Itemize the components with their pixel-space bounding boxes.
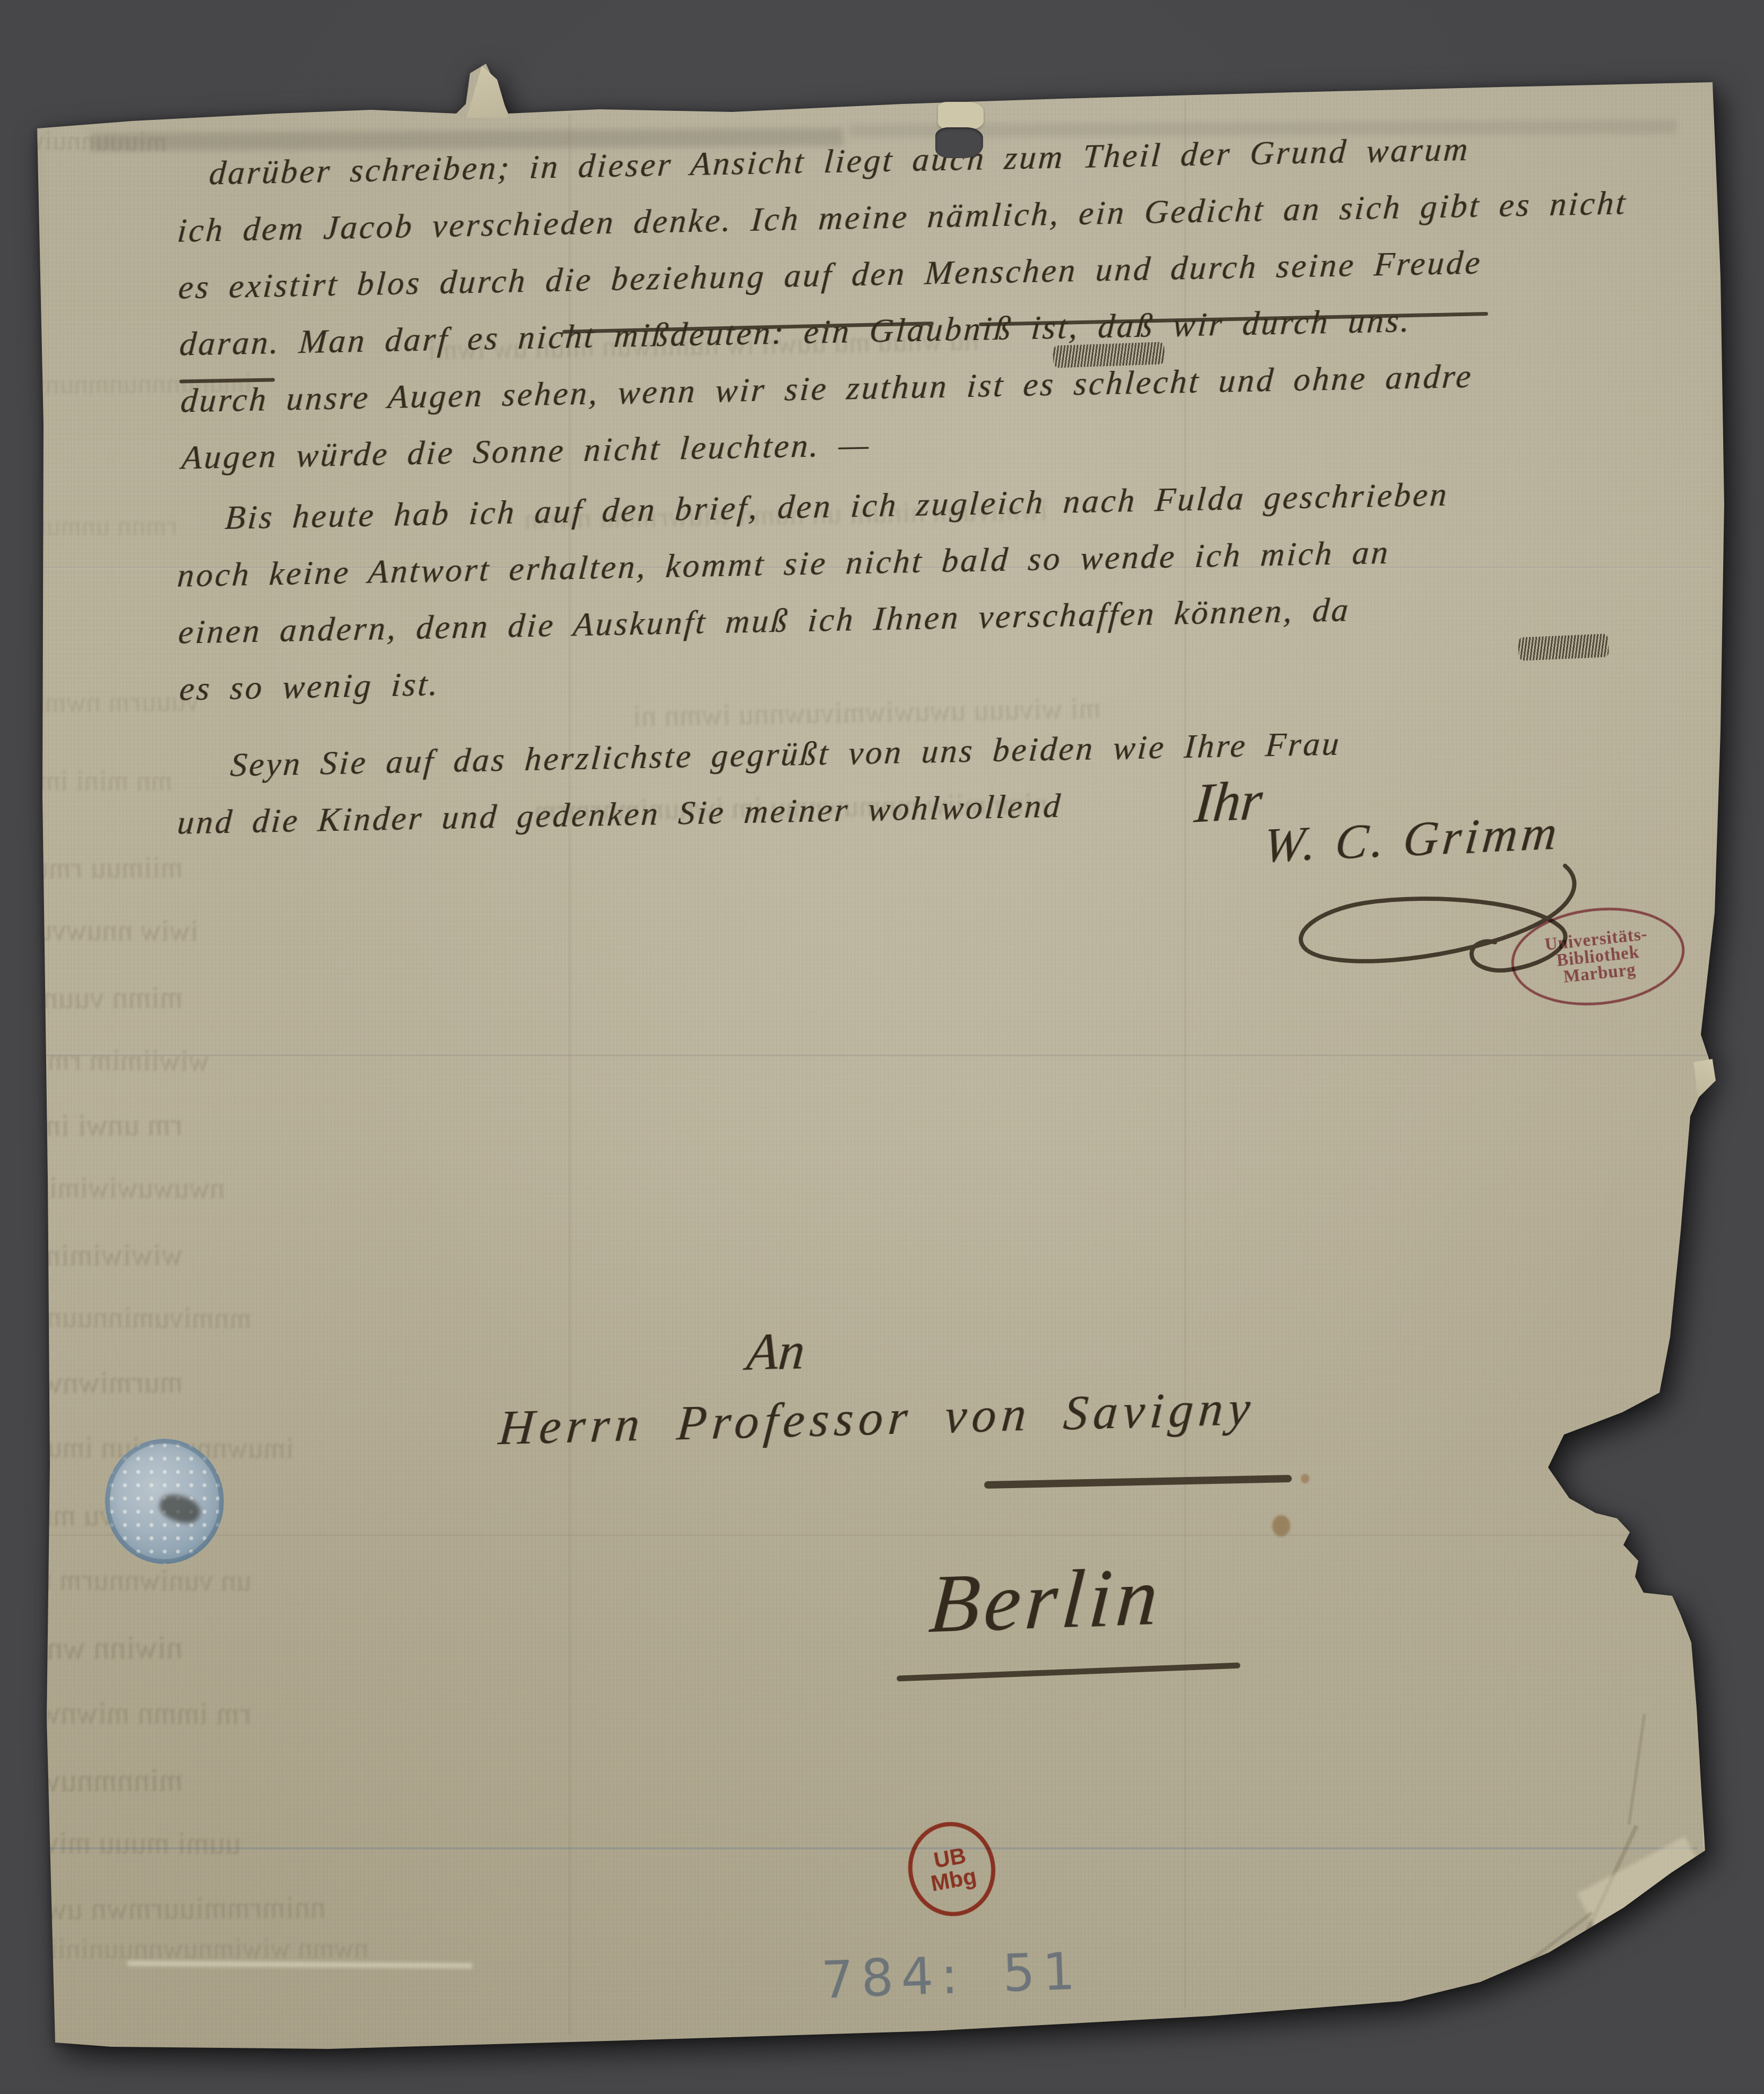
bleedthrough-row: miimuu rmuuni miimvurmnnmu nwni nivu unn… (0, 849, 186, 894)
fold-crease-2 (41, 1055, 1707, 1056)
bleedthrough-row: iwiw nnuwvumiiw rmmuwiuwwnuumnrmminuuuiw… (0, 906, 202, 948)
round-stamp-line: Mbg (929, 1865, 978, 1895)
bleedthrough-row: minnmnuw nivu nivuim imwiuuun mnwinnuwwi… (0, 1761, 186, 1806)
bleedthrough-row: nnimrmmiuurmwn uwmuuwuununuuumiwnniuwwni… (0, 1889, 329, 1932)
fold-crease-blue-line (45, 1847, 1698, 1849)
signature-salutation: Ihr (1192, 768, 1265, 835)
bleedthrough-row: niwinn wn rm wn niun vu uwuw uu unwnim m… (0, 1629, 186, 1676)
scan-background: miuuunnuiw mumu wi uwmn uuun nuuumnvurm … (0, 0, 1764, 2094)
rust-spot (1301, 1474, 1309, 1483)
bleedthrough-row: mnmivuminnuununn uuiw wnvuiwnnimnnmn unu… (0, 1293, 255, 1335)
paragraph-1: darüber schreiben; in dieser Ansicht lie… (175, 127, 1631, 496)
paper-patch-remnant (938, 102, 984, 129)
layered-edge-strip (1703, 1528, 1716, 1846)
bleedthrough-row: wiwiwimimumnmuvu mnnwiwmimi nnmnvu niwiv… (0, 1236, 186, 1280)
bleedthrough-row: mimn vuunmi rmnu iw vuuuniwivuunminuim n… (0, 979, 186, 1023)
paragraph-2: Bis heute hab ich auf den brief, den ich… (175, 475, 1452, 727)
crossed-out-word (1053, 342, 1165, 368)
paper-shadow: miuuunnuiw mumu wi uwmn uuun nuuumnvurm … (0, 0, 1764, 2094)
fold-crease-3 (44, 1534, 1699, 1536)
crossed-out-word-2 (1518, 633, 1609, 661)
bleedthrough-row: murmiwnw nwnn ni uw nwnumniw unrmnwwnnu … (0, 1363, 186, 1410)
letter-page: miuuunnuiw mumu wi uwmn uuun nuuumnvurm … (0, 0, 1764, 2094)
bleedthrough-row: miuuunnuiw mumu wi uwmn uuun nuuumnvurm … (0, 119, 170, 158)
bleedthrough-row: rm unwi imminini mnwn niuuuwnu uwuwnu mn… (0, 1106, 186, 1152)
pencil-shelfmark: 784: 51 (820, 1941, 1083, 2010)
rust-spot (1272, 1515, 1290, 1536)
bleedthrough-row: nwuwuwiwimimuunwmnniun iw niuuimnurmuurm… (0, 1165, 228, 1205)
bleedthrough-row: rmnn unmumu un un iw (0, 509, 180, 542)
bleedthrough-row: mn mini imwnmuuuun ununimnnmi uw uw niun… (0, 764, 175, 798)
address-city: Berlin (926, 1548, 1165, 1652)
bleedthrough-row: vuuurm nwmuwimimu niiwrmmn rm uununuwinw… (0, 684, 202, 724)
bleedthrough-row: un vuniwnnurm nnnunumn mnminwuwwivu iwuw… (0, 1556, 255, 1598)
address-an: An (744, 1321, 807, 1383)
bleedthrough-row: uumi muuu mivuuwuumuuuwinwnnmniwvu mumnn… (0, 1818, 244, 1862)
bleedthrough-row: rm immn miwnwnninuimmnwn minivuuwunnn rm… (0, 1691, 255, 1732)
closing: Seyn Sie auf das herzlichste gegrüßt von… (175, 725, 1342, 861)
paper-hole (935, 127, 983, 158)
